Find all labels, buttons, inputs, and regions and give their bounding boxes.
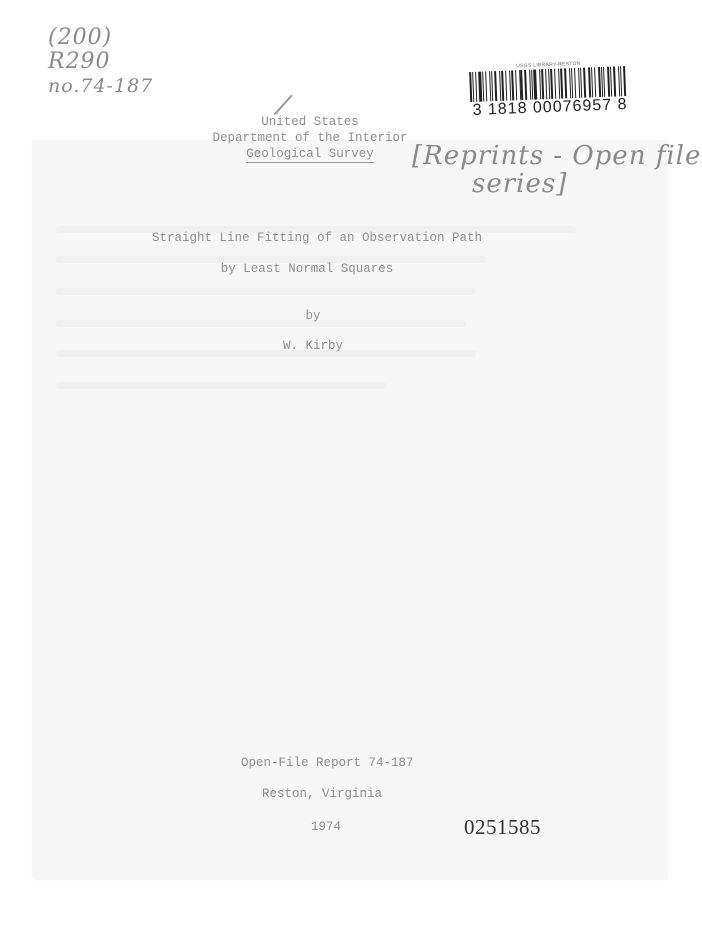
note-line-2: series] [412,170,701,198]
note-line-1: [Reprints - Open file [412,142,701,170]
report-number: Open-File Report 74-187 [241,756,414,770]
title-line-2: by Least Normal Squares [0,262,614,276]
check-mark-icon [274,95,293,115]
bleed-through-line [56,382,386,389]
agency-line-1: United States [190,114,430,130]
bleed-through-line [56,288,476,295]
handwritten-note: [Reprints - Open file series] [412,142,701,198]
author: W. Kirby [0,339,626,353]
call-number-line: no.74-187 [48,74,153,98]
agency-block: United States Department of the Interior… [190,114,430,162]
year: 1974 [311,820,341,834]
agency-line-3: Geological Survey [246,147,374,163]
call-number-line: R290 [48,50,153,74]
library-barcode-label: USGS LIBRARY-RESTON 3 1818 00076957 8 [461,59,638,128]
title-line-1: Straight Line Fitting of an Observation … [0,231,634,245]
byline: by [0,309,626,323]
agency-line-2: Department of the Interior [190,130,430,146]
handwritten-call-number: (200) R290 no.74-187 [48,26,153,98]
call-number-line: (200) [48,26,153,50]
place: Reston, Virginia [262,787,382,801]
accession-number: 0251585 [464,815,541,840]
